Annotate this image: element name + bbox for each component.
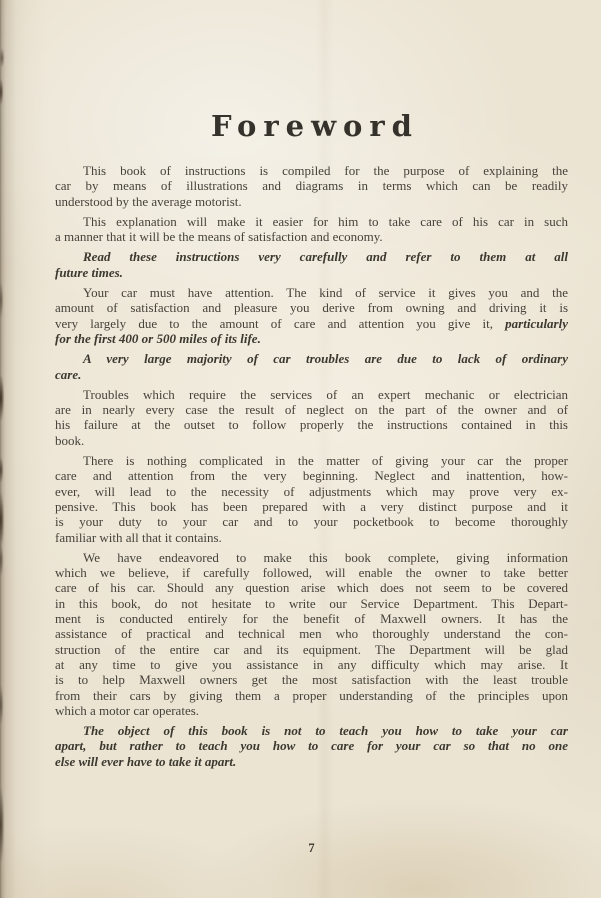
text-line: There is nothing complicated in the matt… bbox=[55, 453, 568, 468]
text-line: care of his car. Should any question ari… bbox=[55, 580, 568, 595]
text-line: from their cars by giving them a proper … bbox=[55, 688, 568, 703]
text-line: familiar with all that it contains. bbox=[55, 530, 568, 545]
text-line: care. bbox=[55, 367, 568, 382]
text-line: book. bbox=[55, 433, 568, 448]
text-line: at any time to give you assistance in an… bbox=[55, 657, 568, 672]
text-line: a manner that it will be the means of sa… bbox=[55, 229, 568, 244]
body-paragraph: Troubles which require the services of a… bbox=[55, 387, 568, 448]
text-line: care and attention from the very beginni… bbox=[55, 468, 568, 483]
text-line: which a motor car operates. bbox=[55, 703, 568, 718]
text-line: his failure at the outset to follow prop… bbox=[55, 417, 568, 432]
text-line: in this book, do not hesitate to write o… bbox=[55, 596, 568, 611]
page-title: Foreword bbox=[0, 0, 601, 142]
emphasis-paragraph: A very large majority of car troubles ar… bbox=[55, 351, 568, 382]
text-line: amount of satisfaction and pleasure you … bbox=[55, 300, 568, 315]
text-line: ment is conducted entirely for the benef… bbox=[55, 611, 568, 626]
text-line: Your car must have attention. The kind o… bbox=[55, 285, 568, 300]
emphasis-paragraph: Read these instructions very carefully a… bbox=[55, 249, 568, 280]
text-line: for the first 400 or 500 miles of its li… bbox=[55, 331, 568, 346]
text-line: else will ever have to take it apart. bbox=[55, 754, 568, 769]
text-line: The object of this book is not to teach … bbox=[55, 723, 568, 738]
body-paragraph: This explanation will make it easier for… bbox=[55, 214, 568, 245]
text-line: very largely due to the amount of care a… bbox=[55, 316, 568, 331]
text-line: apart, but rather to teach you how to ca… bbox=[55, 738, 568, 753]
body-paragraph: Your car must have attention. The kind o… bbox=[55, 285, 568, 346]
page-content: This book of instructions is compiled fo… bbox=[0, 163, 601, 769]
text-line: This explanation will make it easier for… bbox=[55, 214, 568, 229]
text-line: pensive. This book has been prepared wit… bbox=[55, 499, 568, 514]
emphasis-paragraph: The object of this book is not to teach … bbox=[55, 723, 568, 769]
text-line: future times. bbox=[55, 265, 568, 280]
text-line: A very large majority of car troubles ar… bbox=[55, 351, 568, 366]
text-line: This book of instructions is compiled fo… bbox=[55, 163, 568, 178]
text-line: car by means of illustrations and diagra… bbox=[55, 178, 568, 193]
text-line: is your duty to your car and to your poc… bbox=[55, 514, 568, 529]
text-line: which we believe, if carefully followed,… bbox=[55, 565, 568, 580]
body-paragraph: This book of instructions is compiled fo… bbox=[55, 163, 568, 209]
text-line: is to help Maxwell owners get the most s… bbox=[55, 672, 568, 687]
text-line: Read these instructions very carefully a… bbox=[55, 249, 568, 264]
text-line: assistance of practical and technical me… bbox=[55, 626, 568, 641]
text-line: are in nearly every case the result of n… bbox=[55, 402, 568, 417]
book-page: Foreword This book of instructions is co… bbox=[0, 0, 601, 898]
text-line: understood by the average motorist. bbox=[55, 194, 568, 209]
page-number: 7 bbox=[55, 841, 568, 856]
text-line: We have endeavored to make this book com… bbox=[55, 550, 568, 565]
body-paragraph: We have endeavored to make this book com… bbox=[55, 550, 568, 718]
text-line: ever, will lead to the necessity of adju… bbox=[55, 484, 568, 499]
text-line: struction of the entire car and its equi… bbox=[55, 642, 568, 657]
body-paragraph: There is nothing complicated in the matt… bbox=[55, 453, 568, 545]
text-line: Troubles which require the services of a… bbox=[55, 387, 568, 402]
